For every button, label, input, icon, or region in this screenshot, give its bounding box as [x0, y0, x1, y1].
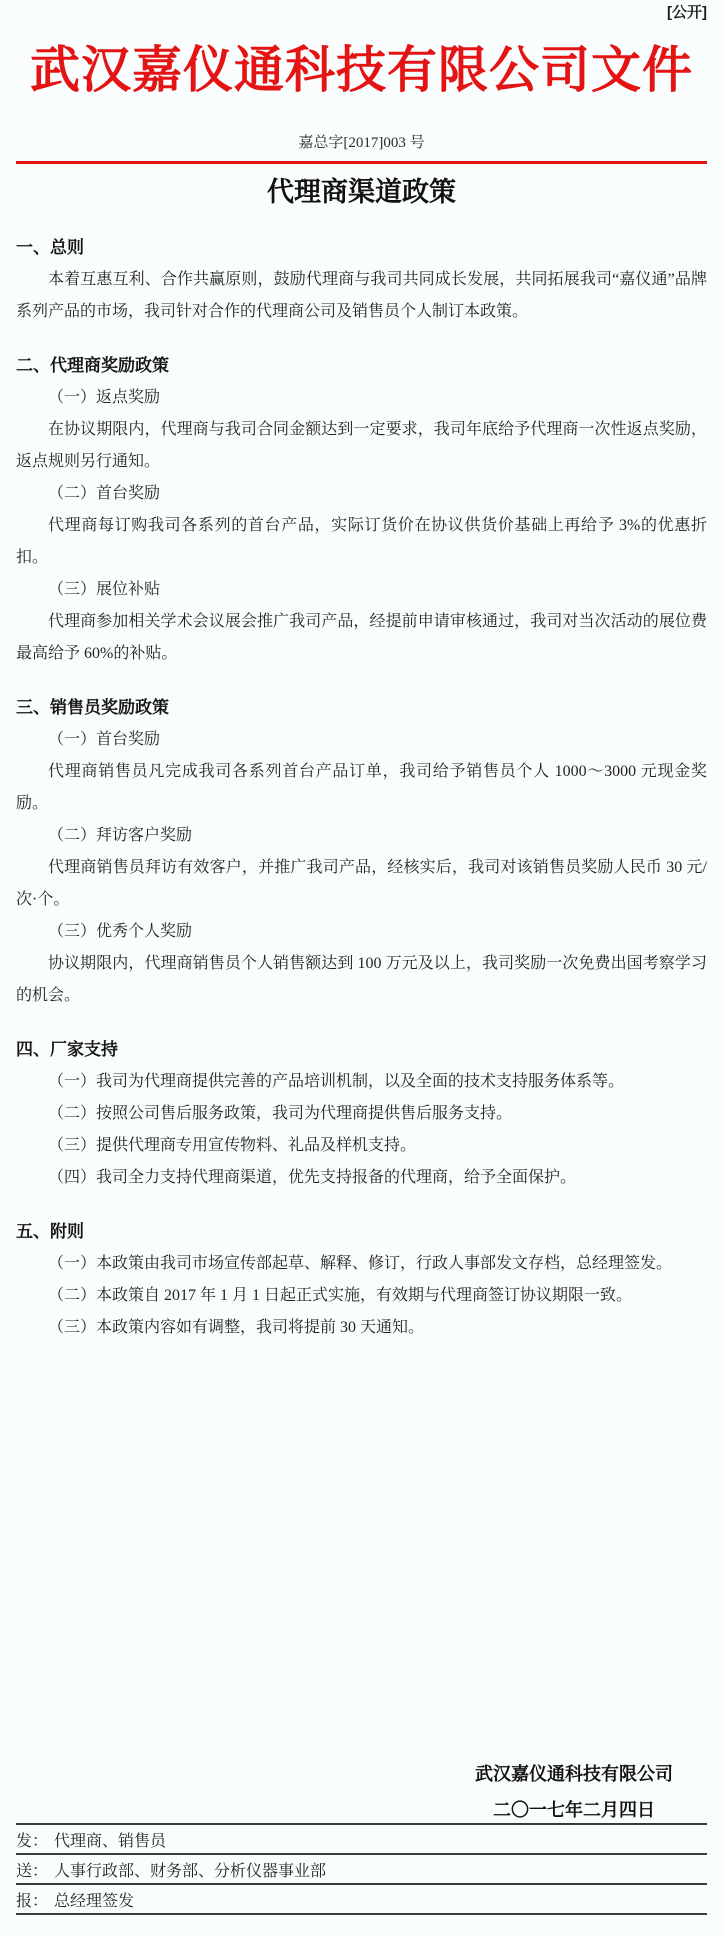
body-paragraph: 协议期限内，代理商销售员个人销售额达到 100 万元及以上，我司奖励一次免费出国…	[16, 948, 707, 1012]
section-heading: 五、附则	[16, 1216, 707, 1248]
section-heading: 一、总则	[16, 232, 707, 264]
section-4: 四、厂家支持（一）我司为代理商提供完善的产品培训机制，以及全面的技术支持服务体系…	[16, 1034, 707, 1194]
body-paragraph: （一）本政策由我司市场宣传部起草、解释、修订，行政人事部发文存档，总经理签发。	[16, 1248, 707, 1280]
subsection-heading: （二）拜访客户奖励	[16, 820, 707, 852]
body-paragraph: （二）本政策自 2017 年 1 月 1 日起正式实施，有效期与代理商签订协议期…	[16, 1280, 707, 1312]
body-paragraph: （三）提供代理商专用宣传物料、礼品及样机支持。	[16, 1130, 707, 1162]
signature-company: 武汉嘉仪通科技有限公司	[475, 1762, 673, 1786]
subsection-heading: （二）首台奖励	[16, 478, 707, 510]
subsection-heading: （一）首台奖励	[16, 724, 707, 756]
distribution-row: 送：人事行政部、财务部、分析仪器事业部	[16, 1855, 707, 1885]
distribution-row: 报：总经理签发	[16, 1885, 707, 1915]
body-paragraph: 在协议期限内，代理商与我司合同金额达到一定要求，我司年底给予代理商一次性返点奖励…	[16, 414, 707, 478]
section-5: 五、附则（一）本政策由我司市场宣传部起草、解释、修订，行政人事部发文存档，总经理…	[16, 1216, 707, 1344]
document-body: [公开] 武汉嘉仪通科技有限公司文件 嘉总字[2017]003 号 代理商渠道政…	[0, 0, 723, 1344]
organization-letterhead: 武汉嘉仪通科技有限公司文件	[16, 41, 707, 99]
distribution-value: 人事行政部、财务部、分析仪器事业部	[54, 1858, 326, 1881]
document-title: 代理商渠道政策	[16, 174, 707, 210]
section-3: 三、销售员奖励政策（一）首台奖励代理商销售员凡完成我司各系列首台产品订单，我司给…	[16, 692, 707, 1012]
document-number: 嘉总字[2017]003 号	[16, 133, 707, 153]
distribution-label: 发：	[16, 1828, 48, 1851]
subsection-heading: （一）返点奖励	[16, 382, 707, 414]
distribution-table: 发：代理商、销售员送：人事行政部、财务部、分析仪器事业部报：总经理签发	[16, 1823, 707, 1915]
distribution-value: 总经理签发	[54, 1888, 134, 1911]
body-paragraph: 本着互惠互利、合作共赢原则，鼓励代理商与我司共同成长发展，共同拓展我司“嘉仪通”…	[16, 264, 707, 328]
body-paragraph: 代理商销售员凡完成我司各系列首台产品订单，我司给予销售员个人 1000～3000…	[16, 756, 707, 820]
signature-block: 武汉嘉仪通科技有限公司 二〇一七年二月四日	[475, 1762, 673, 1822]
subsection-heading: （三）优秀个人奖励	[16, 916, 707, 948]
body-paragraph: 代理商参加相关学术会议展会推广我司产品，经提前申请审核通过，我司对当次活动的展位…	[16, 606, 707, 670]
section-1: 一、总则本着互惠互利、合作共赢原则，鼓励代理商与我司共同成长发展，共同拓展我司“…	[16, 232, 707, 328]
body-paragraph: 代理商销售员拜访有效客户，并推广我司产品，经核实后，我司对该销售员奖励人民币 3…	[16, 852, 707, 916]
body-paragraph: 代理商每订购我司各系列的首台产品，实际订货价在协议供货价基础上再给予 3%的优惠…	[16, 510, 707, 574]
distribution-label: 报：	[16, 1888, 48, 1911]
signature-date: 二〇一七年二月四日	[475, 1798, 673, 1822]
section-heading: 三、销售员奖励政策	[16, 692, 707, 724]
distribution-row: 发：代理商、销售员	[16, 1825, 707, 1855]
classification-mark: [公开]	[16, 0, 707, 23]
sections-container: 一、总则本着互惠互利、合作共赢原则，鼓励代理商与我司共同成长发展，共同拓展我司“…	[16, 232, 707, 1344]
section-heading: 四、厂家支持	[16, 1034, 707, 1066]
body-paragraph: （四）我司全力支持代理商渠道，优先支持报备的代理商，给予全面保护。	[16, 1162, 707, 1194]
official-document-page: { "page": { "classification": "[公开]", "o…	[0, 0, 723, 1936]
body-paragraph: （三）本政策内容如有调整，我司将提前 30 天通知。	[16, 1312, 707, 1344]
red-divider-rule	[16, 161, 707, 164]
distribution-label: 送：	[16, 1858, 48, 1881]
body-paragraph: （二）按照公司售后服务政策，我司为代理商提供售后服务支持。	[16, 1098, 707, 1130]
section-2: 二、代理商奖励政策（一）返点奖励在协议期限内，代理商与我司合同金额达到一定要求，…	[16, 350, 707, 670]
body-paragraph: （一）我司为代理商提供完善的产品培训机制，以及全面的技术支持服务体系等。	[16, 1066, 707, 1098]
section-heading: 二、代理商奖励政策	[16, 350, 707, 382]
subsection-heading: （三）展位补贴	[16, 574, 707, 606]
distribution-value: 代理商、销售员	[54, 1828, 166, 1851]
